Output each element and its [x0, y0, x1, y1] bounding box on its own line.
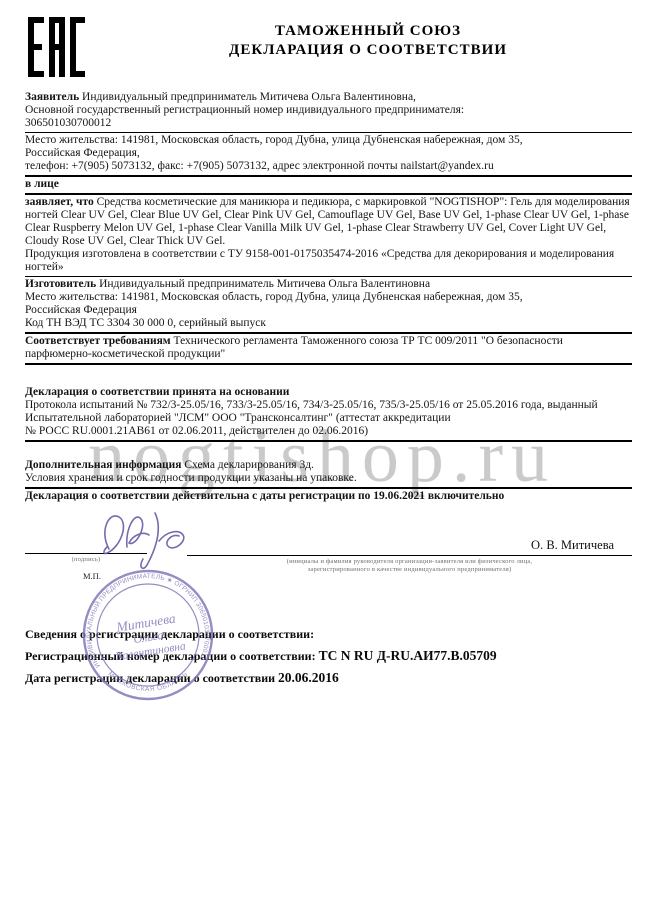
manufacturer-label: Изготовитель: [25, 278, 96, 290]
basis-label: Декларация о соответствии принята на осн…: [25, 386, 289, 398]
stamp-rim-bottom-text: МОСКОВСКАЯ ОБЛАСТЬ: [107, 671, 190, 693]
registration-number: ТС N RU Д-RU.АИ77.В.05709: [319, 648, 497, 663]
section-in-person: в лице: [25, 177, 632, 195]
complies-label: Соответствует требованиям: [25, 335, 171, 347]
title-line-2: ДЕКЛАРАЦИЯ О СООТВЕТСТВИИ: [140, 41, 596, 60]
stamp-center-line3: Валентиновна: [115, 640, 187, 663]
declares-label: заявляет, что: [25, 196, 94, 208]
declaration-page: nogtishop.ru ТАМОЖЕННЫЙ СОЮЗ ДЕКЛАРАЦИЯ …: [0, 0, 645, 913]
signatory-name: О. В. Митичева: [531, 538, 614, 553]
document-title: ТАМОЖЕННЫЙ СОЮЗ ДЕКЛАРАЦИЯ О СООТВЕТСТВИ…: [140, 22, 596, 60]
title-line-1: ТАМОЖЕННЫЙ СОЮЗ: [140, 22, 596, 41]
in-person-label: в лице: [25, 178, 632, 191]
applicant-text: Заявитель Индивидуальный предприниматель…: [25, 91, 632, 130]
registration-date: 20.06.2016: [278, 670, 339, 685]
section-complies: Соответствует требованиям Технического р…: [25, 334, 632, 365]
applicant-label: Заявитель: [25, 91, 79, 103]
validity-text: Декларация о соответствии действительна …: [25, 490, 632, 503]
handwritten-signature: [95, 507, 195, 573]
round-stamp: ИНДИВИДУАЛЬНЫЙ ПРЕДПРИНИМАТЕЛЬ ★ ОГРНИП …: [80, 567, 216, 703]
section-additional-info: Дополнительная информация Схема декларир…: [25, 458, 632, 489]
signatory-name-line: [187, 555, 632, 556]
section-manufacturer: Изготовитель Индивидуальный предпринимат…: [25, 277, 632, 334]
residence-text: Место жительства: 141981, Московская обл…: [25, 134, 632, 173]
section-declares: заявляет, что Средства косметические для…: [25, 195, 632, 277]
signatory-name-caption: (инициалы и фамилия руководителя организ…: [187, 558, 632, 574]
section-applicant: Заявитель Индивидуальный предприниматель…: [25, 90, 632, 133]
document-body: Заявитель Индивидуальный предприниматель…: [25, 90, 632, 505]
additional-info-text: Дополнительная информация Схема декларир…: [25, 459, 632, 485]
manufacturer-text: Изготовитель Индивидуальный предпринимат…: [25, 278, 632, 330]
declares-text: заявляет, что Средства косметические для…: [25, 196, 632, 274]
svg-text:МОСКОВСКАЯ ОБЛАСТЬ: МОСКОВСКАЯ ОБЛАСТЬ: [107, 671, 190, 693]
eac-logo-icon: [28, 17, 85, 77]
section-validity: Декларация о соответствии действительна …: [25, 489, 632, 505]
additional-info-label: Дополнительная информация: [25, 459, 182, 471]
complies-text: Соответствует требованиям Технического р…: [25, 335, 632, 361]
section-residence: Место жительства: 141981, Московская обл…: [25, 133, 632, 177]
section-basis: Декларация о соответствии принята на осн…: [25, 385, 632, 442]
basis-text: Декларация о соответствии принята на осн…: [25, 386, 632, 438]
